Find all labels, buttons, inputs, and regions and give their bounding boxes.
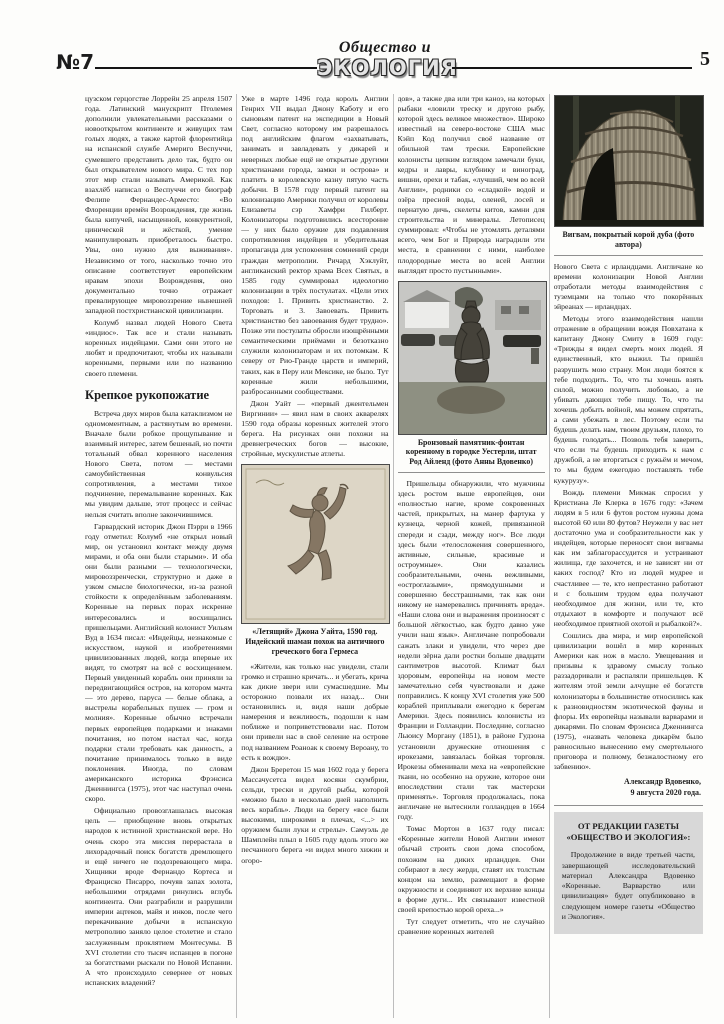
white-drawing-caption: «Летящий» Джона Уайта, 1590 год. Индейск…	[243, 627, 386, 656]
masthead-top-text: Общество и	[317, 40, 453, 56]
page-number: 5	[700, 48, 710, 71]
figure-wigwam: Вигвам, покрытый корой дуба (фото автора…	[554, 95, 703, 250]
paragraph: Джон Уайт — «первый джентельмен Виргинии…	[241, 399, 388, 460]
masthead: Общество и ЭКОЛОГИЯ	[317, 40, 453, 79]
paragraph: Колумб назвал людей Нового Света «индиос…	[85, 318, 232, 379]
figure-white-drawing: «Летящий» Джона Уайта, 1590 год. Индейск…	[241, 464, 388, 656]
paragraph: Методы этого взаимодействия нашли отраже…	[554, 314, 703, 486]
separator	[554, 255, 703, 256]
paragraph: цузском герцогстве Лоррейн 25 апреля 150…	[85, 94, 232, 316]
column-2: Уже в марте 1496 года король Англии Генр…	[241, 94, 393, 1018]
article-body: цузском герцогстве Лоррейн 25 апреля 150…	[85, 94, 707, 1018]
paragraph: Пришельцы обнаружили, что мужчины здесь …	[398, 479, 545, 822]
paragraph: Встреча двух миров была катаклизмом не о…	[85, 409, 232, 520]
newspaper-page: №7 Общество и ЭКОЛОГИЯ 5 цузском герцогс…	[0, 0, 724, 1024]
separator	[398, 472, 545, 473]
paragraph: Томас Мортон в 1637 году писал: «Коренны…	[398, 824, 545, 915]
page-header: №7 Общество и ЭКОЛОГИЯ 5	[0, 38, 724, 90]
paragraph: Тут следует отметить, что не случайно ср…	[398, 917, 545, 937]
column-1: цузском герцогстве Лоррейн 25 апреля 150…	[85, 94, 237, 1018]
paragraph: «Жители, как только нас увидели, стали г…	[241, 662, 388, 763]
column-3: дов», а также два или три каноэ, на кото…	[398, 94, 550, 1018]
editorial-box-title: ОТ РЕДАКЦИИ ГАЗЕТЫ «ОБЩЕСТВО И ЭКОЛОГИЯ»…	[562, 821, 695, 843]
paragraph: Джон Бреретон 15 мая 1602 года у берега …	[241, 765, 388, 866]
paragraph: Сошлись два мира, и мир европейской циви…	[554, 631, 703, 772]
header-rule-left	[95, 67, 317, 69]
paragraph: Официально провозглашалась высокая цель …	[85, 806, 232, 988]
wigwam-photo	[554, 95, 704, 227]
byline-author: Александр Вдовенко,	[554, 777, 701, 788]
section-heading: Крепкое рукопожатие	[85, 388, 232, 403]
byline-date: 9 августа 2020 года.	[554, 788, 701, 799]
editorial-box-body: Продолжение в виде третьей части, заверш…	[562, 850, 695, 922]
white-drawing-image	[241, 464, 390, 624]
statue-caption: Бронзовый памятник-фонтан коренному в го…	[400, 438, 543, 467]
editorial-box: ОТ РЕДАКЦИИ ГАЗЕТЫ «ОБЩЕСТВО И ЭКОЛОГИЯ»…	[554, 812, 703, 934]
separator	[554, 805, 703, 806]
column-4: Вигвам, покрытый корой дуба (фото автора…	[554, 94, 707, 1018]
paragraph: Уже в марте 1496 года король Англии Генр…	[241, 94, 388, 397]
paragraph: Нового Света с ирландцами. Англичане ко …	[554, 262, 703, 312]
statue-photo	[398, 281, 547, 435]
paragraph: Вождь племени Микмак спросил у Кристиана…	[554, 488, 703, 629]
figure-statue: Бронзовый памятник-фонтан коренному в го…	[398, 281, 545, 467]
masthead-logo-text: ЭКОЛОГИЯ	[317, 58, 453, 79]
issue-number: №7	[56, 50, 94, 74]
byline: Александр Вдовенко, 9 августа 2020 года.	[554, 777, 701, 798]
paragraph: Гарвардский историк Джон Пэрри в 1966 го…	[85, 522, 232, 805]
paragraph: дов», а также два или три каноэ, на кото…	[398, 94, 545, 276]
header-rule-right	[452, 67, 692, 69]
wigwam-caption: Вигвам, покрытый корой дуба (фото автора…	[556, 230, 701, 250]
